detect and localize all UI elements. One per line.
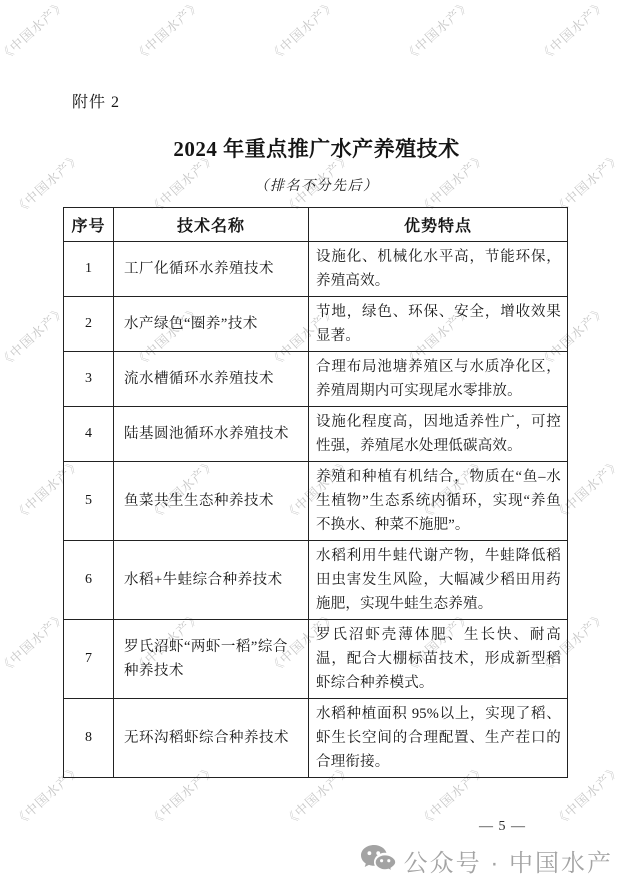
table-row: 8 无环沟稻虾综合种养技术 水稻种植面积 95%以上，实现了稻、虾生长空间的合理…: [64, 699, 568, 778]
table-header: 序号 技术名称 优势特点: [64, 208, 568, 242]
page-subtitle: （排名不分先后）: [0, 175, 633, 195]
technology-name-cell: 罗氏沼虾“两虾一稻”综合种养技术: [114, 620, 309, 699]
technology-table: 序号 技术名称 优势特点 1 工厂化循环水养殖技术 设施化、机械化水平高，节能环…: [63, 207, 568, 778]
watermark-text: 《中国水产》: [129, 0, 204, 65]
row-number-cell: 5: [64, 462, 114, 541]
row-number-cell: 2: [64, 297, 114, 352]
row-number-cell: 3: [64, 352, 114, 407]
features-cell: 水稻利用牛蛙代谢产物，牛蛙降低稻田虫害发生风险，大幅减少稻田用药施肥，实现牛蛙生…: [309, 541, 568, 620]
features-cell: 合理布局池塘养殖区与水质净化区，养殖周期内可实现尾水零排放。: [309, 352, 568, 407]
table-row: 2 水产绿色“圈养”技术 节地，绿色、环保、安全，增收效果显著。: [64, 297, 568, 352]
page-title: 2024 年重点推广水产养殖技术: [0, 133, 633, 163]
features-cell: 设施化、机械化水平高，节能环保，养殖高效。: [309, 242, 568, 297]
watermark-text: 《中国水产》: [264, 0, 339, 65]
table-row: 4 陆基圆池循环水养殖技术 设施化程度高，因地适养性广，可控性强，养殖尾水处理低…: [64, 407, 568, 462]
technology-name-cell: 无环沟稻虾综合种养技术: [114, 699, 309, 778]
row-number-cell: 4: [64, 407, 114, 462]
features-cell: 设施化程度高，因地适养性广，可控性强，养殖尾水处理低碳高效。: [309, 407, 568, 462]
features-cell: 节地，绿色、环保、安全，增收效果显著。: [309, 297, 568, 352]
page-number: — 5 —: [479, 819, 526, 835]
footer-brand: 公众号 · 中国水产: [360, 843, 613, 878]
features-cell: 养殖和种植有机结合，物质在“鱼–水生植物”生态系统内循环，实现“养鱼不换水、种菜…: [309, 462, 568, 541]
table-row: 7 罗氏沼虾“两虾一稻”综合种养技术 罗氏沼虾壳薄体肥、生长快、耐高温，配合大棚…: [64, 620, 568, 699]
header-cell-name: 技术名称: [114, 208, 309, 242]
footer-brand-label: 公众号 · 中国水产: [404, 843, 613, 878]
row-number-cell: 1: [64, 242, 114, 297]
watermark-text: 《中国水产》: [399, 0, 474, 65]
technology-name-cell: 流水槽循环水养殖技术: [114, 352, 309, 407]
table-header-row: 序号 技术名称 优势特点: [64, 208, 568, 242]
attachment-label: 附件 2: [72, 89, 120, 112]
technology-name-cell: 水产绿色“圈养”技术: [114, 297, 309, 352]
row-number-cell: 6: [64, 541, 114, 620]
watermark-text: 《中国水产》: [0, 606, 70, 676]
table-row: 6 水稻+牛蛙综合种养技术 水稻利用牛蛙代谢产物，牛蛙降低稻田虫害发生风险，大幅…: [64, 541, 568, 620]
row-number-cell: 7: [64, 620, 114, 699]
header-cell-features: 优势特点: [309, 208, 568, 242]
wechat-icon: [360, 844, 397, 877]
technology-name-cell: 工厂化循环水养殖技术: [114, 242, 309, 297]
watermark-text: 《中国水产》: [0, 0, 70, 65]
table-body: 1 工厂化循环水养殖技术 设施化、机械化水平高，节能环保，养殖高效。 2 水产绿…: [64, 242, 568, 778]
watermark-text: 《中国水产》: [0, 300, 70, 370]
technology-name-cell: 水稻+牛蛙综合种养技术: [114, 541, 309, 620]
features-cell: 水稻种植面积 95%以上，实现了稻、虾生长空间的合理配置、生产茬口的合理衔接。: [309, 699, 568, 778]
features-cell: 罗氏沼虾壳薄体肥、生长快、耐高温，配合大棚标苗技术，形成新型稻虾综合种养模式。: [309, 620, 568, 699]
document-page: 《中国水产》《中国水产》《中国水产》《中国水产》《中国水产》《中国水产》《中国水…: [0, 0, 633, 895]
header-cell-number: 序号: [64, 208, 114, 242]
row-number-cell: 8: [64, 699, 114, 778]
table-row: 3 流水槽循环水养殖技术 合理布局池塘养殖区与水质净化区，养殖周期内可实现尾水零…: [64, 352, 568, 407]
table-row: 1 工厂化循环水养殖技术 设施化、机械化水平高，节能环保，养殖高效。: [64, 242, 568, 297]
watermark-text: 《中国水产》: [534, 0, 609, 65]
table-row: 5 鱼菜共生生态种养技术 养殖和种植有机结合，物质在“鱼–水生植物”生态系统内循…: [64, 462, 568, 541]
technology-name-cell: 鱼菜共生生态种养技术: [114, 462, 309, 541]
technology-name-cell: 陆基圆池循环水养殖技术: [114, 407, 309, 462]
